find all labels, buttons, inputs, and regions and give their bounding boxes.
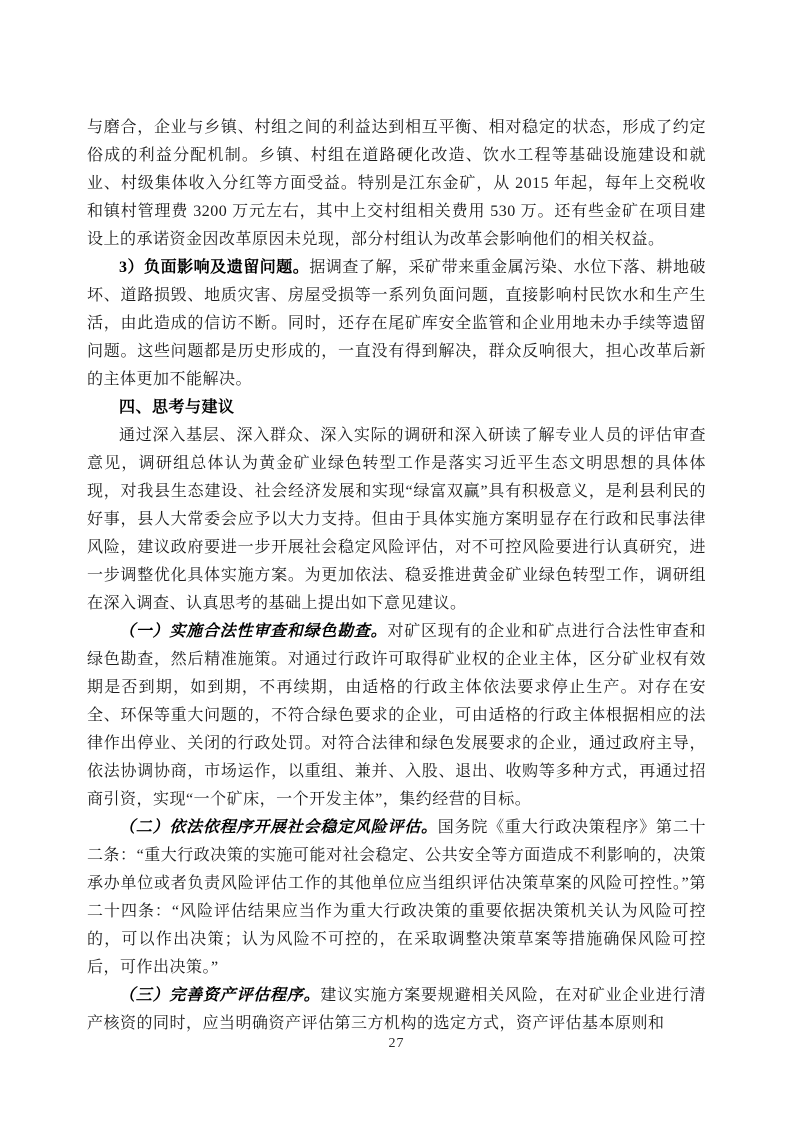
paragraph-continuation: 与磨合，企业与乡镇、村组之间的利益达到相互平衡、相对稳定的状态，形成了约定俗成的…	[87, 114, 706, 254]
paragraph-text: 国务院《重大行政决策程序》第二十二条：“重大行政决策的实施可能对社会稳定、公共安…	[87, 819, 706, 976]
paragraph-lead: （三）完善资产评估程序。	[119, 987, 320, 1004]
paragraph-lead: （二）依法依程序开展社会稳定风险评估。	[119, 819, 438, 836]
paragraph-overall-assessment: 通过深入基层、深入群众、深入实际的调研和深入研读了解专业人员的评估审查意见，调研…	[87, 422, 706, 618]
page-number: 27	[0, 1036, 793, 1052]
paragraph-negative-impacts: 3）负面影响及遗留问题。据调查了解，采矿带来重金属污染、水位下落、耕地破坏、道路…	[87, 254, 706, 394]
paragraph-text: 通过深入基层、深入群众、深入实际的调研和深入研读了解专业人员的评估审查意见，调研…	[87, 427, 706, 612]
document-body: 与磨合，企业与乡镇、村组之间的利益达到相互平衡、相对稳定的状态，形成了约定俗成的…	[87, 114, 706, 1038]
paragraph-suggestion-1: （一）实施合法性审查和绿色勘查。对矿区现有的企业和矿点进行合法性审查和绿色勘查，…	[87, 618, 706, 814]
paragraph-text: 据调查了解，采矿带来重金属污染、水位下落、耕地破坏、道路损毁、地质灾害、房屋受损…	[87, 259, 706, 388]
paragraph-text: 对矿区现有的企业和矿点进行合法性审查和绿色勘查，然后精准施策。对通过行政许可取得…	[87, 623, 706, 808]
paragraph-lead: （一）实施合法性审查和绿色勘查。	[119, 623, 387, 640]
document-page: 与磨合，企业与乡镇、村组之间的利益达到相互平衡、相对稳定的状态，形成了约定俗成的…	[0, 0, 793, 1122]
paragraph-suggestion-2: （二）依法依程序开展社会稳定风险评估。国务院《重大行政决策程序》第二十二条：“重…	[87, 814, 706, 982]
paragraph-text: 与磨合，企业与乡镇、村组之间的利益达到相互平衡、相对稳定的状态，形成了约定俗成的…	[87, 119, 706, 248]
paragraph-lead: 3）负面影响及遗留问题。	[119, 259, 309, 276]
paragraph-suggestion-3: （三）完善资产评估程序。建议实施方案要规避相关风险，在对矿业企业进行清产核资的同…	[87, 982, 706, 1038]
section-heading-thoughts-suggestions: 四、思考与建议	[87, 394, 706, 422]
